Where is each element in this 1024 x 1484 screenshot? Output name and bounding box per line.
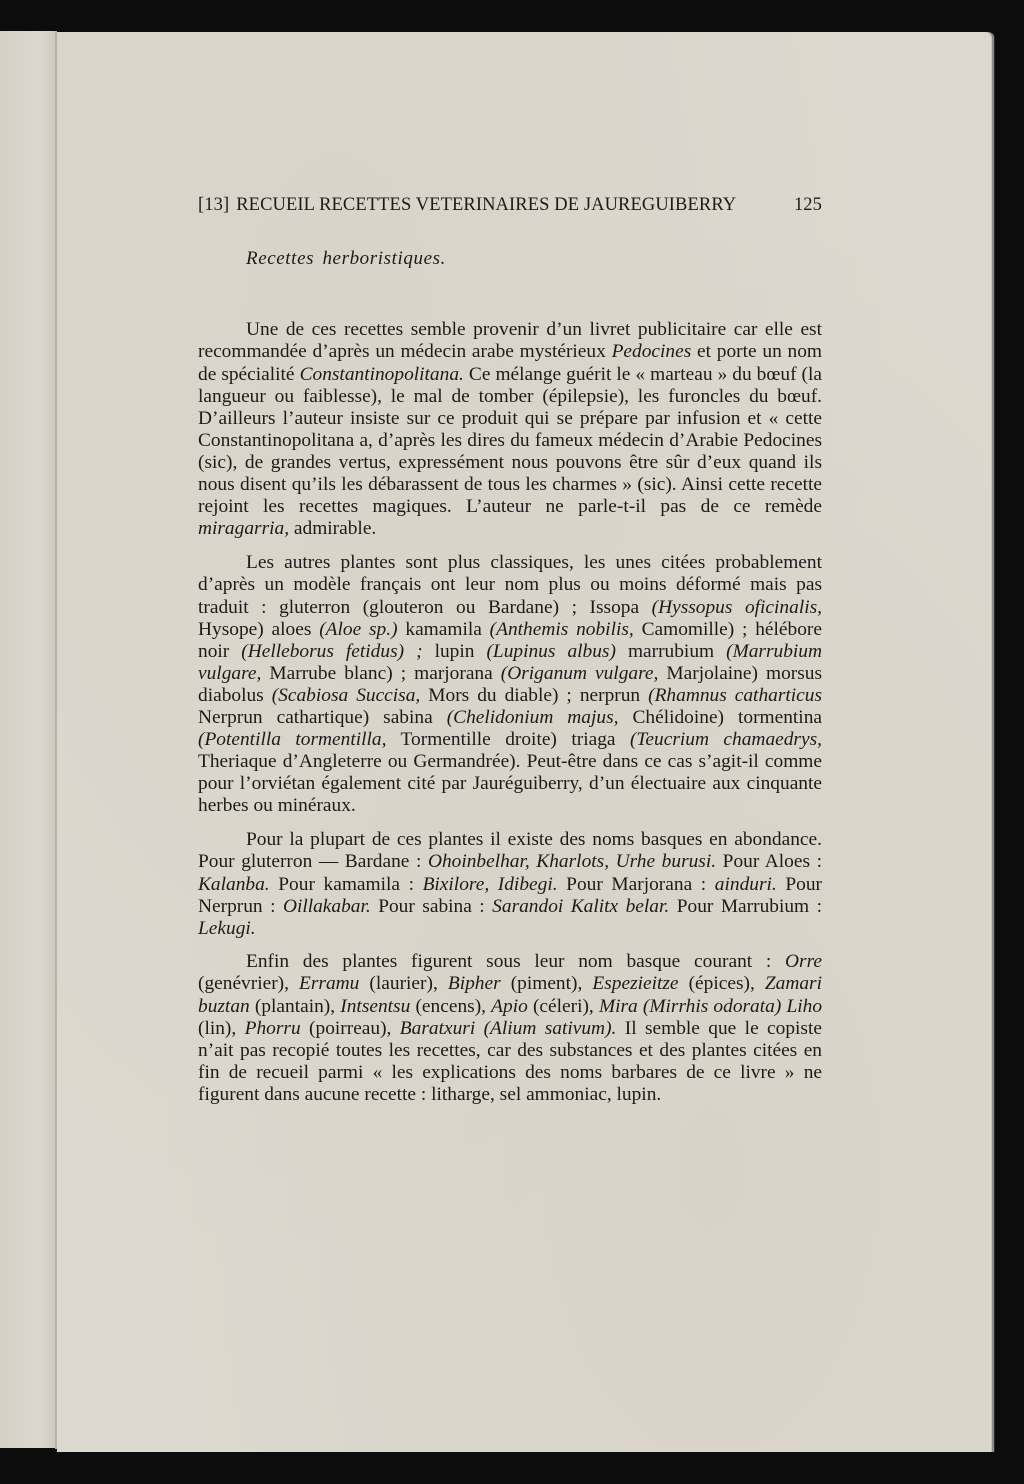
running-head: [13] RECUEIL RECETTES VETERINAIRES DE JA…	[198, 195, 822, 216]
book-page: [13] RECUEIL RECETTES VETERINAIRES DE JA…	[57, 32, 991, 1452]
paragraph: Une de ces recettes semble provenir d’un…	[198, 319, 822, 540]
section-number: [13]	[198, 195, 229, 216]
left-page-edge	[0, 31, 56, 1448]
section-title: Recettes herboristiques.	[246, 248, 446, 270]
page-number: 125	[794, 195, 822, 216]
paragraph: Pour la plupart de ces plantes il existe…	[198, 829, 822, 939]
paragraph: Les autres plantes sont plus classiques,…	[198, 552, 822, 817]
running-title: RECUEIL RECETTES VETERINAIRES DE JAUREGU…	[236, 195, 736, 216]
paragraph: Enfin des plantes figurent sous leur nom…	[198, 951, 822, 1106]
